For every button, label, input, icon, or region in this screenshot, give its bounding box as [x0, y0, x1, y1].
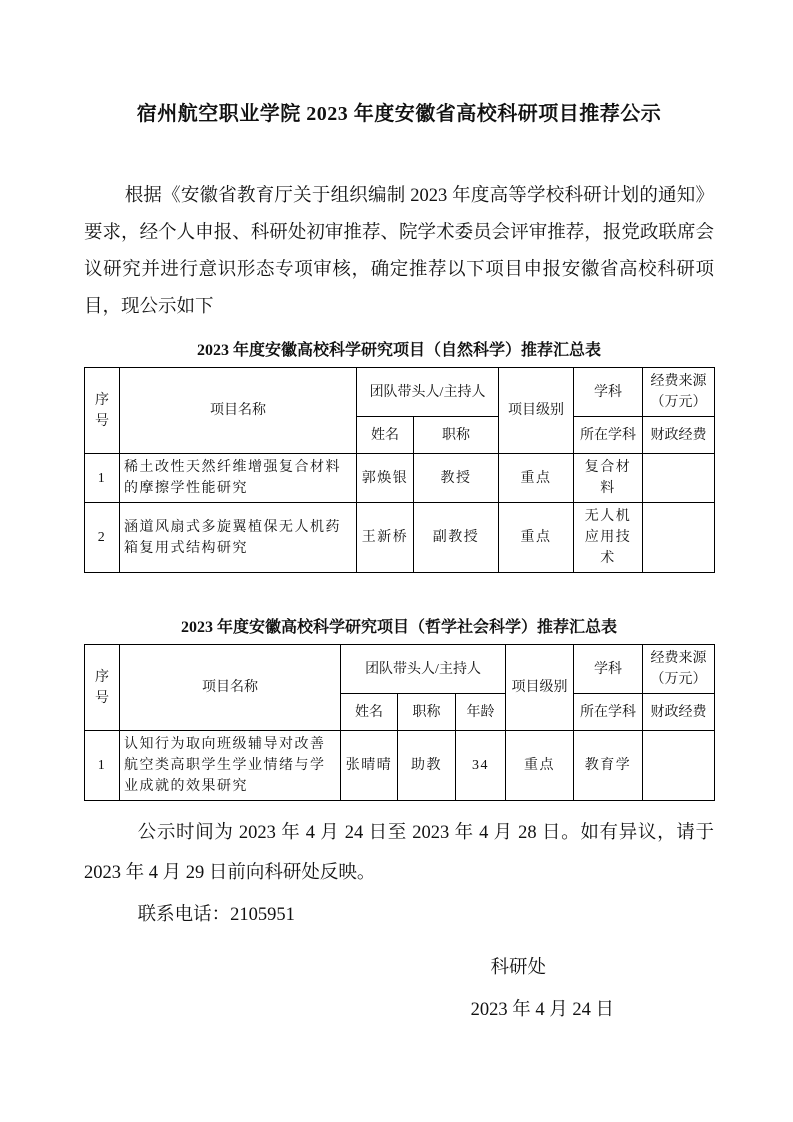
header-project-level: 项目级别: [499, 368, 574, 454]
natural-science-table-body: 1稀土改性天然纤维增强复合材料的摩擦学性能研究郭焕银教授重点复合材料2涵道风扇式…: [85, 454, 715, 573]
header-age: 年龄: [456, 694, 506, 731]
cell-age: 34: [456, 731, 506, 801]
signature-date: 2023 年 4 月 24 日: [84, 997, 714, 1023]
table-header-row: 序 号 项目名称 团队带头人/主持人 项目级别 学科 经费来源 （万元）: [85, 368, 715, 417]
cell-project: 涵道风扇式多旋翼植保无人机药箱复用式结构研究: [120, 503, 357, 573]
cell-discipline: 教育学: [574, 731, 643, 801]
closing-paragraph: 公示时间为 2023 年 4 月 24 日至 2023 年 4 月 28 日。如…: [84, 813, 714, 893]
natural-science-table-header: 序 号 项目名称 团队带头人/主持人 项目级别 学科 经费来源 （万元） 姓名 …: [85, 368, 715, 454]
table-header-row: 序 号 项目名称 团队带头人/主持人 项目级别 学科 经费来源 （万元）: [85, 645, 715, 694]
header-team-leader: 团队带头人/主持人: [341, 645, 506, 694]
natural-science-table-title: 2023 年度安徽高校科学研究项目（自然科学）推荐汇总表: [84, 340, 714, 362]
cell-name: 张晴晴: [341, 731, 398, 801]
cell-funding: [643, 731, 715, 801]
header-team-leader: 团队带头人/主持人: [357, 368, 499, 417]
document-title: 宿州航空职业学院 2023 年度安徽省高校科研项目推荐公示: [84, 100, 714, 128]
header-funding-group: 经费来源 （万元）: [643, 368, 715, 417]
social-science-table: 序 号 项目名称 团队带头人/主持人 项目级别 学科 经费来源 （万元） 姓名 …: [84, 644, 715, 801]
cell-funding: [643, 503, 715, 573]
cell-funding: [643, 454, 715, 503]
header-project-level: 项目级别: [506, 645, 574, 731]
header-funding: 财政经费: [643, 417, 715, 454]
cell-name: 王新桥: [357, 503, 414, 573]
table-row: 2涵道风扇式多旋翼植保无人机药箱复用式结构研究王新桥副教授重点无人机应用技术: [85, 503, 715, 573]
header-job-title: 职称: [414, 417, 499, 454]
cell-discipline: 复合材料: [574, 454, 643, 503]
social-science-table-header: 序 号 项目名称 团队带头人/主持人 项目级别 学科 经费来源 （万元） 姓名 …: [85, 645, 715, 731]
cell-level: 重点: [499, 454, 574, 503]
header-discipline: 所在学科: [574, 417, 643, 454]
cell-job-title: 助教: [398, 731, 456, 801]
header-seq: 序 号: [85, 645, 120, 731]
cell-seq: 2: [85, 503, 120, 573]
header-funding-group: 经费来源 （万元）: [643, 645, 715, 694]
social-science-table-body: 1认知行为取向班级辅导对改善航空类高职学生学业情绪与学业成就的效果研究张晴晴助教…: [85, 731, 715, 801]
header-discipline-group: 学科: [574, 368, 643, 417]
header-seq: 序 号: [85, 368, 120, 454]
intro-paragraph: 根据《安徽省教育厅关于组织编制 2023 年度高等学校科研计划的通知》要求，经个…: [84, 178, 714, 326]
header-funding: 财政经费: [643, 694, 715, 731]
table-row: 1稀土改性天然纤维增强复合材料的摩擦学性能研究郭焕银教授重点复合材料: [85, 454, 715, 503]
document-page: 宿州航空职业学院 2023 年度安徽省高校科研项目推荐公示 根据《安徽省教育厅关…: [0, 0, 793, 1122]
cell-job-title: 教授: [414, 454, 499, 503]
header-name: 姓名: [341, 694, 398, 731]
header-name: 姓名: [357, 417, 414, 454]
cell-job-title: 副教授: [414, 503, 499, 573]
table-row: 1认知行为取向班级辅导对改善航空类高职学生学业情绪与学业成就的效果研究张晴晴助教…: [85, 731, 715, 801]
signature-department: 科研处: [84, 955, 714, 981]
header-discipline: 所在学科: [574, 694, 643, 731]
header-discipline-group: 学科: [574, 645, 643, 694]
cell-level: 重点: [506, 731, 574, 801]
natural-science-table: 序 号 项目名称 团队带头人/主持人 项目级别 学科 经费来源 （万元） 姓名 …: [84, 367, 715, 573]
cell-project: 认知行为取向班级辅导对改善航空类高职学生学业情绪与学业成就的效果研究: [120, 731, 341, 801]
cell-name: 郭焕银: [357, 454, 414, 503]
header-project-name: 项目名称: [120, 645, 341, 731]
cell-seq: 1: [85, 731, 120, 801]
social-science-table-title: 2023 年度安徽高校科学研究项目（哲学社会科学）推荐汇总表: [84, 617, 714, 639]
cell-level: 重点: [499, 503, 574, 573]
cell-discipline: 无人机应用技术: [574, 503, 643, 573]
cell-seq: 1: [85, 454, 120, 503]
header-project-name: 项目名称: [120, 368, 357, 454]
header-job-title: 职称: [398, 694, 456, 731]
contact-phone: 联系电话：2105951: [84, 895, 714, 935]
cell-project: 稀土改性天然纤维增强复合材料的摩擦学性能研究: [120, 454, 357, 503]
